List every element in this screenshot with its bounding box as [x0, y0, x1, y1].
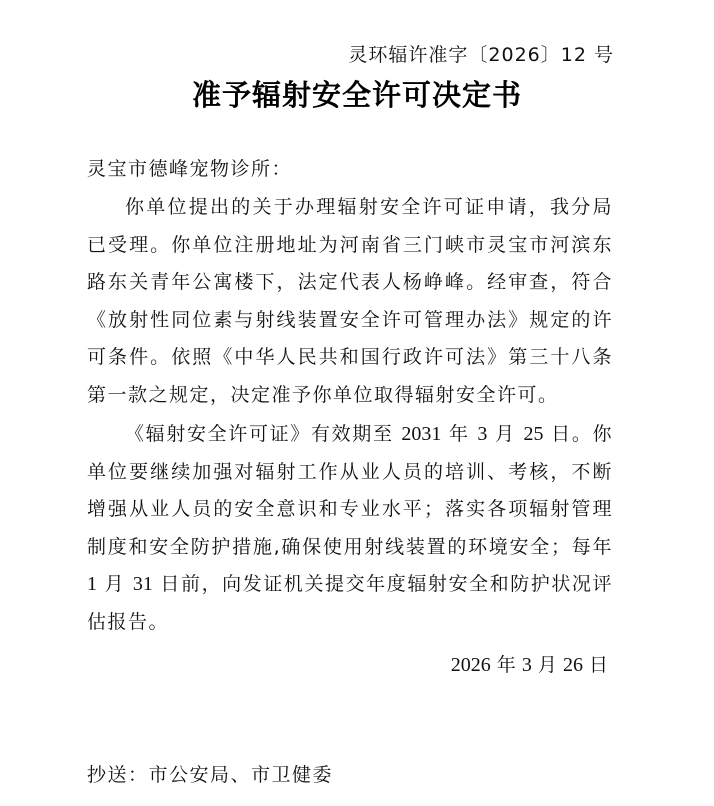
issue-year: 2026 — [451, 654, 491, 676]
cc-recipients: 抄送：市公安局、市卫健委 — [87, 760, 333, 787]
document-number: 灵环辐许准字〔2026〕12 号 — [348, 40, 614, 67]
issue-month: 3 — [522, 654, 532, 676]
expiry-year: 2031 — [401, 423, 441, 445]
expiry-day: 25 — [523, 423, 543, 445]
paragraph-text: 《辐射安全许可证》有效期至 — [125, 423, 401, 445]
date-label: 日 — [583, 654, 608, 676]
report-day: 31 — [133, 573, 153, 595]
paragraph-text: 年 — [441, 423, 477, 445]
paragraph-approval: 你单位提出的关于办理辐射安全许可证申请，我分局已受理。你单位注册地址为河南省三门… — [87, 189, 613, 414]
expiry-month: 3 — [477, 423, 487, 445]
paragraph-text: 月 — [487, 423, 523, 445]
report-month: 1 — [87, 573, 97, 595]
issue-date: 2026 年 3 月 26 日 — [451, 650, 608, 677]
issue-day: 26 — [563, 654, 583, 676]
document-title: 准予辐射安全许可决定书 — [0, 73, 714, 114]
date-label: 月 — [532, 654, 563, 676]
paragraph-text: 日前，向发证机关提交年度辐射安全和防护状况评估报告。 — [87, 573, 613, 633]
paragraph-text: 月 — [97, 573, 133, 595]
paragraph-requirements: 《辐射安全许可证》有效期至 2031 年 3 月 25 日。你单位要继续加强对辐… — [87, 416, 613, 641]
date-label: 年 — [491, 654, 522, 676]
addressee: 灵宝市德峰宠物诊所： — [87, 151, 613, 189]
